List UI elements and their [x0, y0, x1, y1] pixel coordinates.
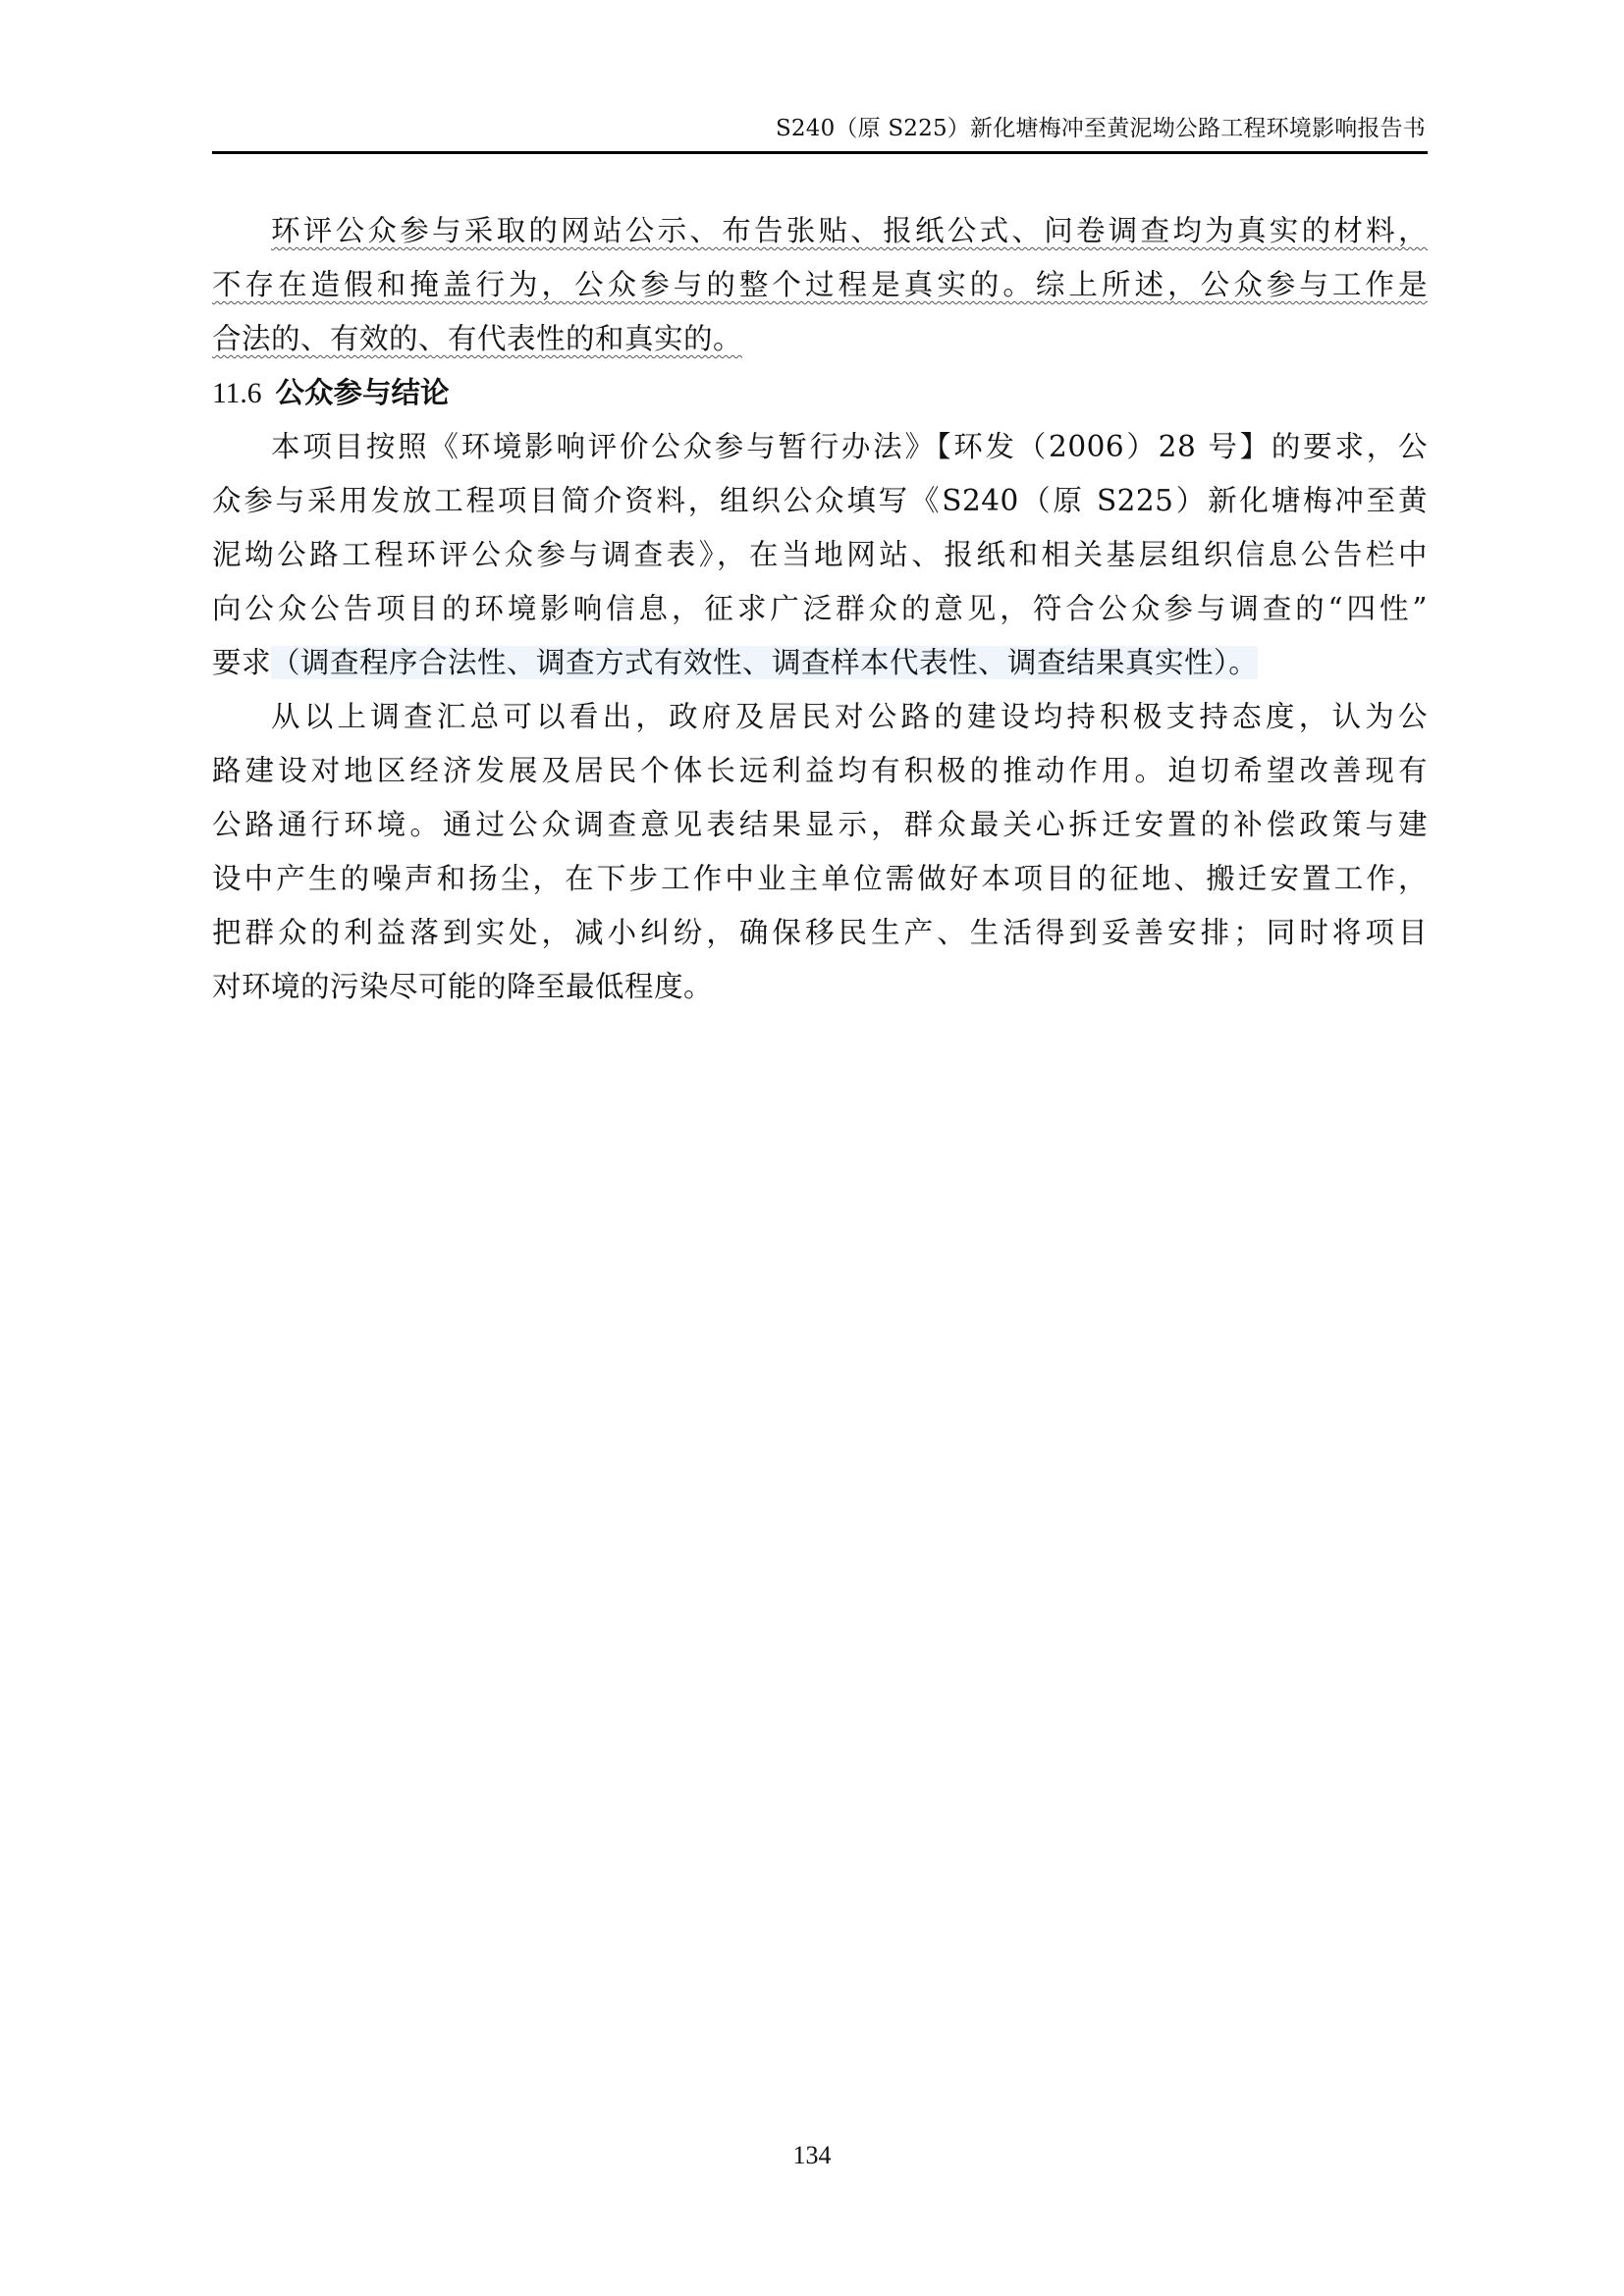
underlined-text: 环评公众参与采取的网站公示、布告张贴、报纸公式、问卷调查均为真实的材料，	[271, 214, 1428, 247]
paragraph-line: 要求（调查程序合法性、调查方式有效性、调查样本代表性、调查结果真实性）。	[212, 636, 1428, 690]
section-number: 11.6	[212, 378, 262, 409]
paragraph-line: 对环境的污染尽可能的降至最低程度。	[212, 960, 1428, 1014]
section-heading: 11.6公众参与结论	[212, 366, 1428, 420]
underlined-text: 不存在造假和掩盖行为，公众参与的整个过程是真实的。综上所述，公众参与工作是	[212, 268, 1428, 301]
paragraph-line: 从以上调查汇总可以看出，政府及居民对公路的建设均持积极支持态度，认为公	[212, 690, 1428, 744]
paragraph-authenticity-statement: 环评公众参与采取的网站公示、布告张贴、报纸公式、问卷调查均为真实的材料， 不存在…	[212, 204, 1428, 366]
page-header: S240（原 S225）新化塘梅冲至黄泥坳公路工程环境影响报告书	[212, 108, 1428, 154]
text-run: 要求	[212, 646, 271, 679]
paragraph-line: 不存在造假和掩盖行为，公众参与的整个过程是真实的。综上所述，公众参与工作是	[212, 258, 1428, 312]
paragraph-line: 众参与采用发放工程项目简介资料，组织公众填写《S240（原 S225）新化塘梅冲…	[212, 474, 1428, 528]
paragraph-line: 路建设对地区经济发展及居民个体长远利益均有积极的推动作用。迫切希望改善现有	[212, 744, 1428, 798]
paragraph-line: 泥坳公路工程环评公众参与调查表》，在当地网站、报纸和相关基层组织信息公告栏中	[212, 528, 1428, 582]
section-title: 公众参与结论	[276, 376, 450, 409]
paragraph-line: 设中产生的噪声和扬尘，在下步工作中业主单位需做好本项目的征地、搬迁安置工作，	[212, 852, 1428, 906]
paragraph-line: 把群众的利益落到实处，减小纠纷，确保移民生产、生活得到妥善安排；同时将项目	[212, 906, 1428, 960]
underlined-text: 合法的、有效的、有代表性的和真实的。	[212, 322, 742, 355]
paragraph-line: 向公众公告项目的环境影响信息，征求广泛群众的意见，符合公众参与调查的“四性”	[212, 582, 1428, 636]
page-number: 134	[0, 2140, 1624, 2171]
paragraph-line: 本项目按照《环境影响评价公众参与暂行办法》【环发（2006）28 号】的要求，公	[212, 420, 1428, 474]
paragraph-conclusion: 从以上调查汇总可以看出，政府及居民对公路的建设均持积极支持态度，认为公 路建设对…	[212, 690, 1428, 1014]
paragraph-line: 合法的、有效的、有代表性的和真实的。	[212, 312, 1428, 366]
paragraph-line: 公路通行环境。通过公众调查意见表结果显示，群众最关心拆迁安置的补偿政策与建	[212, 798, 1428, 852]
page-body: 环评公众参与采取的网站公示、布告张贴、报纸公式、问卷调查均为真实的材料， 不存在…	[212, 204, 1428, 1014]
paragraph-methodology: 本项目按照《环境影响评价公众参与暂行办法》【环发（2006）28 号】的要求，公…	[212, 420, 1428, 690]
highlighted-text: （调查程序合法性、调查方式有效性、调查样本代表性、调查结果真实性）。	[271, 646, 1258, 679]
document-title: S240（原 S225）新化塘梅冲至黄泥坳公路工程环境影响报告书	[776, 108, 1428, 143]
paragraph-line: 环评公众参与采取的网站公示、布告张贴、报纸公式、问卷调查均为真实的材料，	[212, 204, 1428, 258]
